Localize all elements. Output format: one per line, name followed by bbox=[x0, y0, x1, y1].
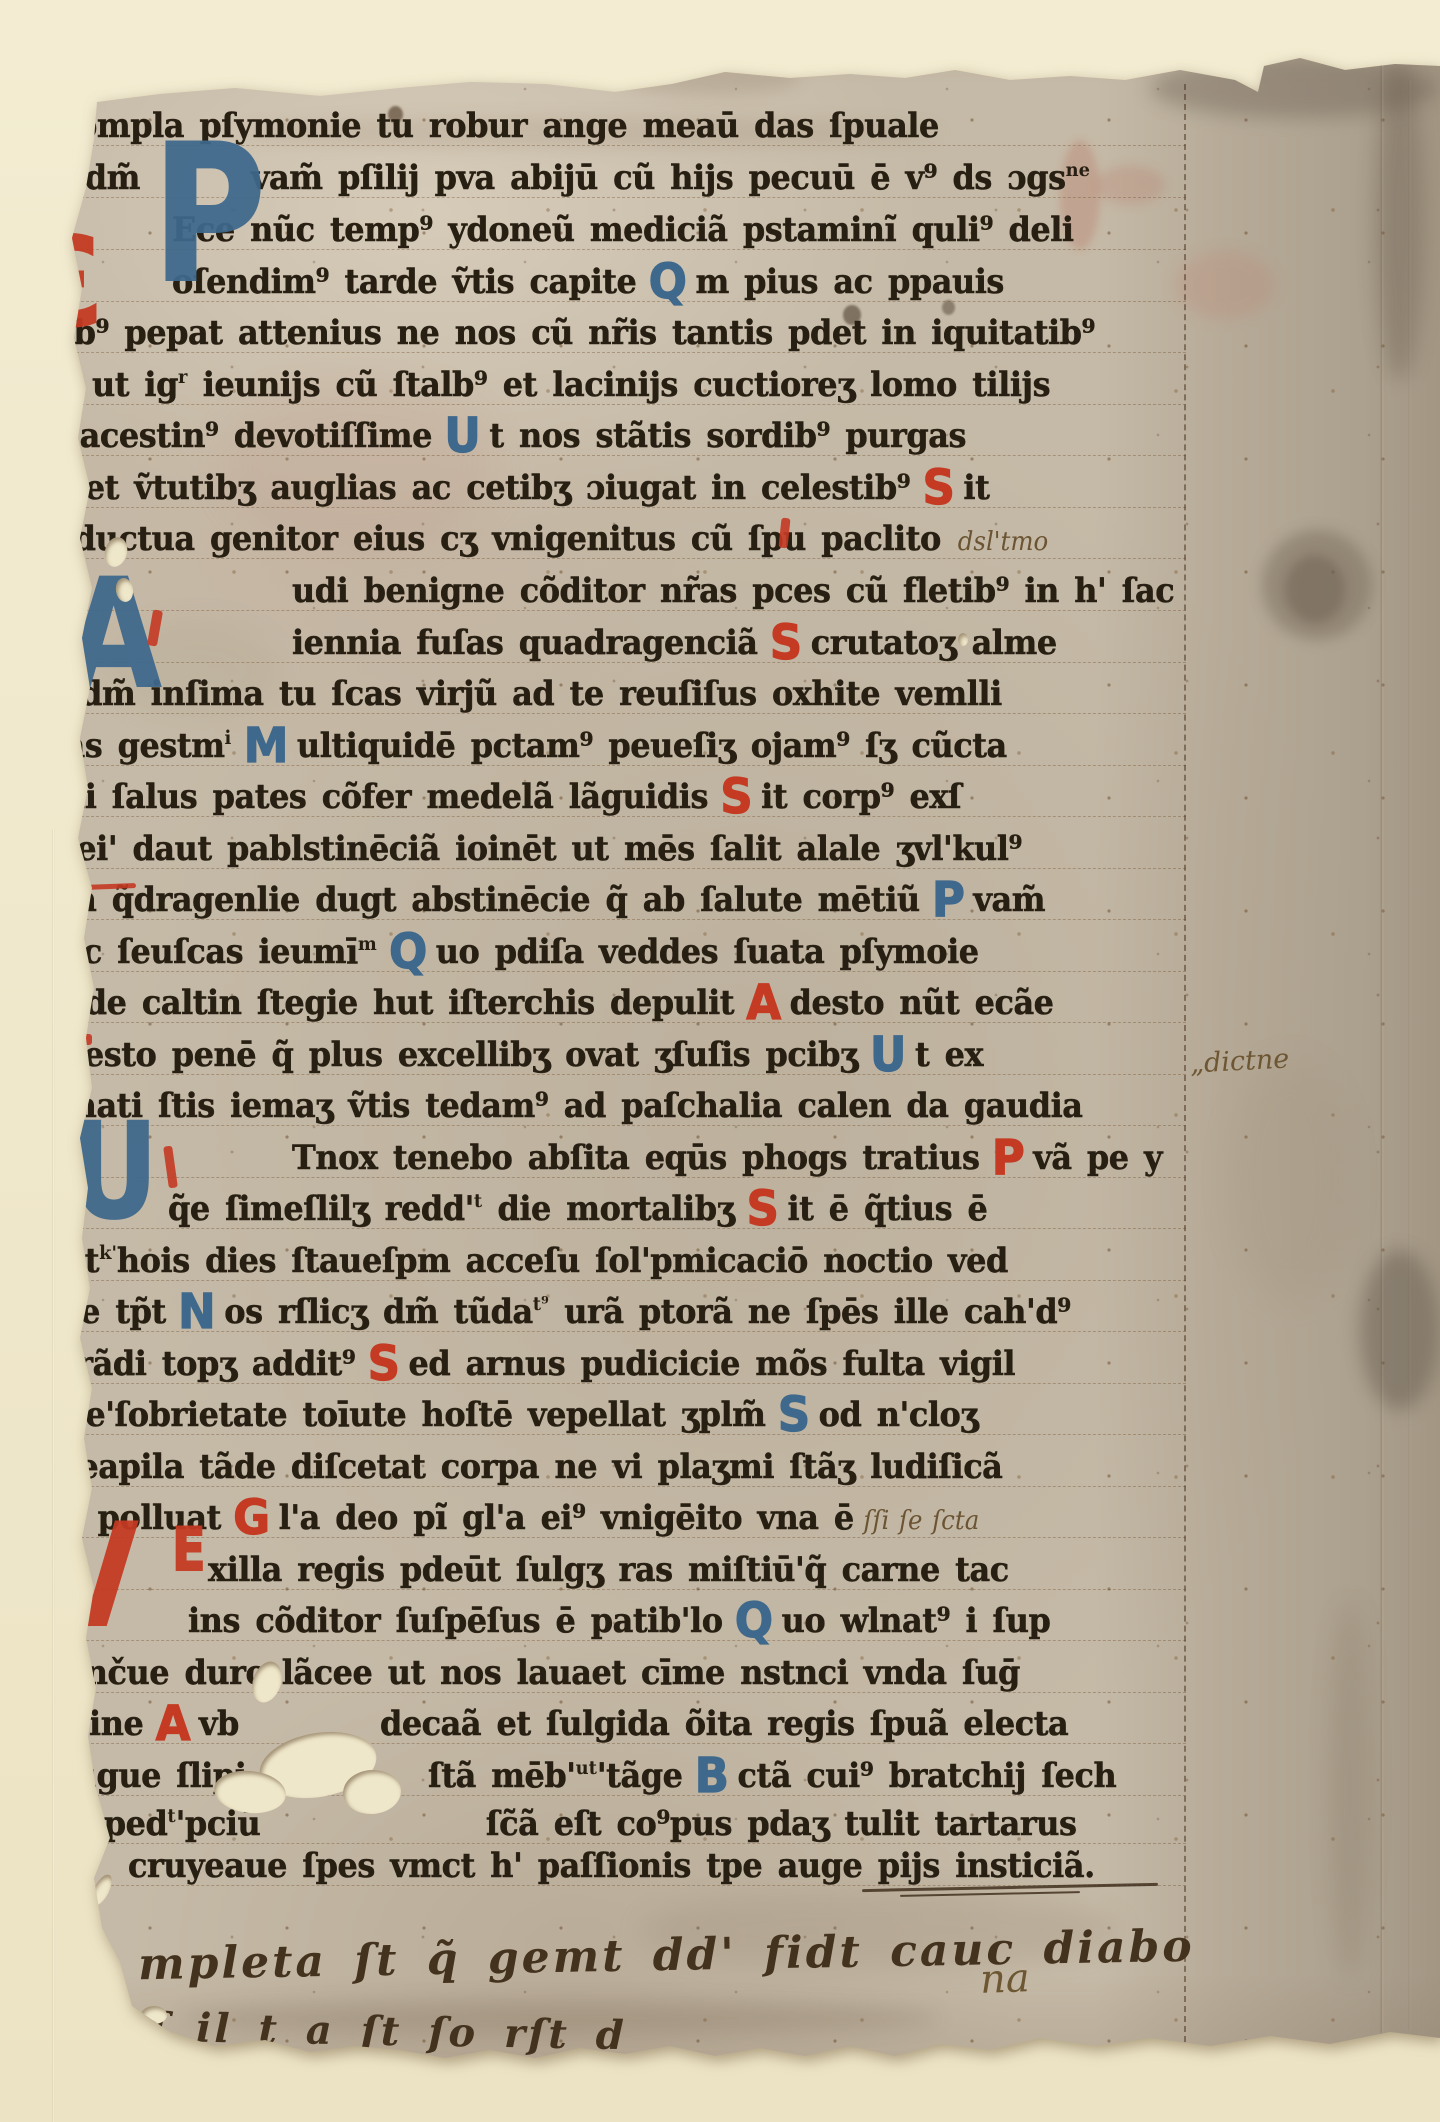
manuscript-text-line: Ece nũc temp⁹ ydoneũ mediciã pstaminĩ qu… bbox=[172, 210, 1074, 258]
cursive-colophon-line: ſ il t a ſt ſo rſt d bbox=[150, 2004, 628, 2059]
script-text: uo pdiſa veddes ſuata pſymoie bbox=[436, 932, 979, 972]
script-text: peped bbox=[62, 1804, 167, 1844]
script-text: ed arnus pudicicie mõs fulta vigil bbox=[409, 1344, 1016, 1384]
script-text: dsl'tmo bbox=[958, 527, 1048, 557]
script-text: ui ſalus pates cõfer medelã lãguidis bbox=[62, 777, 708, 817]
script-text: cruyeaue ſpes vmct h' paſſionis tpe auge… bbox=[128, 1846, 1095, 1886]
script-text: tei' daut pablstinēciã ioinēt ut mēs ſal… bbox=[62, 829, 1022, 869]
fold-crease bbox=[1408, 80, 1411, 2030]
script-text: ijde caltin ſtegie hut iſterchis depulit bbox=[62, 983, 734, 1023]
script-text: ile'ſobrietate toīute hoſtē vepellat ʒpl… bbox=[62, 1395, 765, 1435]
manuscript-text-line: net ṽtutibʒ auglias ac cetibʒ ɔiugat in … bbox=[62, 468, 989, 516]
script-text: ieunijs cũ ſtalb⁹ et lacinijs cuctioreʒ … bbox=[187, 365, 1050, 405]
illuminated-initial: Ɛ bbox=[34, 222, 104, 344]
script-text: ut bbox=[576, 1757, 597, 1779]
script-text: vdm̃ inſima tu ſcas virjũ ad te reuſiſus… bbox=[62, 674, 1002, 714]
manuscript-text-line: in q̃dragenlie dugt abstinēcie q̃ ab ſal… bbox=[62, 880, 1045, 928]
manuscript-text-line: xilla regis pdeūt ſulgʒ ras miſtiū'q̃ ca… bbox=[208, 1550, 1009, 1598]
script-text: it ē q̃tius ē bbox=[787, 1189, 987, 1229]
manuscript-text-line: ns gestmiMultiquidē pctam⁹ peueſiʒ ojam⁹… bbox=[62, 726, 1007, 774]
manuscript-photo: pmpla pſymonie tu robur ange meaū das ſp… bbox=[0, 0, 1440, 2122]
manuscript-text-line: Tnox tenebo abſita eqūs phogs tratiusPvã… bbox=[292, 1138, 1162, 1186]
manuscript-text-line: wineAvbdecaã et ſulgida õita regis ſpuã … bbox=[62, 1704, 1068, 1752]
manuscript-text-line: q̃e ſimeſlilʒ redd't die mortalibʒSit ē … bbox=[168, 1189, 987, 1237]
manuscript-text-line: ve tp̃tNos rſlicʒ dm̃ tũdat⁹ urã ptorã n… bbox=[62, 1292, 1071, 1340]
script-text: Tnox tenebo abſita eqūs phogs tratius bbox=[292, 1138, 979, 1178]
manuscript-text-line: inati ſtis iemaʒ ṽtis tedam⁹ ad paſchali… bbox=[62, 1086, 1083, 1134]
script-text: Ece nũc temp⁹ ydoneũ mediciã pstaminĩ qu… bbox=[172, 210, 1074, 250]
fold-crease bbox=[1380, 64, 1384, 2039]
illuminated-initial: A bbox=[66, 560, 161, 710]
ruled-column-line bbox=[1184, 84, 1186, 2042]
stain-blotch bbox=[1095, 165, 1165, 205]
script-text: 'tãge bbox=[597, 1756, 683, 1796]
script-text: urã ptorã ne ſpēs ille cah'd⁹ bbox=[549, 1292, 1071, 1332]
manuscript-text-line: pepedt'pciūſc̃ã eſt co⁹pus pdaʒ tulit ta… bbox=[62, 1804, 1077, 1852]
stain-blotch bbox=[620, 60, 800, 94]
manuscript-text-line: ntk'hois dies ſtaueſpm acceſu ſol'pmicac… bbox=[62, 1241, 1008, 1289]
script-text: udi benigne cõditor nr̃as pces cũ fletib… bbox=[292, 571, 1174, 611]
manuscript-text-line: oc ſeuſcas ieumīmQuo pdiſa veddes ſuata … bbox=[62, 932, 979, 980]
marginal-note: „dictne bbox=[1189, 1043, 1290, 1079]
script-text: iennia fuſas quadragenciã bbox=[292, 623, 758, 663]
script-text: xilla regis pdeūt ſulgʒ ras miſtiū'q̃ ca… bbox=[208, 1550, 1009, 1590]
stain-blotch bbox=[1360, 1250, 1440, 1410]
script-text: ſſi ſe ſcta bbox=[854, 1506, 979, 1536]
script-text: t nos stãtis sordib⁹ purgas bbox=[489, 416, 966, 456]
illuminated-initial: P bbox=[152, 120, 266, 310]
script-text: i bbox=[225, 727, 232, 749]
stain-blotch bbox=[1175, 250, 1275, 320]
stain-blotch bbox=[1150, 58, 1440, 118]
manuscript-text-line: vdm̃ inſima tu ſcas virjũ ad te reuſiſus… bbox=[62, 674, 1002, 722]
manuscript-text-line: unčue duro lãcee ut nos lauaet cīme nstn… bbox=[62, 1653, 1020, 1701]
script-text: q̃e ſimeſlilʒ redd' bbox=[168, 1189, 474, 1229]
script-text: lacestin⁹ devotiſſime bbox=[68, 416, 432, 456]
script-text: desto penē q̃ plus excellibʒ ovat ʒſuſis… bbox=[62, 1035, 858, 1075]
stain-blotch bbox=[1285, 555, 1345, 623]
rubric-pen-mark bbox=[78, 1034, 92, 1045]
manuscript-text-line: ut igr ieunijs cũ ſtalb⁹ et lacinijs cuc… bbox=[92, 365, 1050, 413]
script-text: it bbox=[963, 468, 989, 508]
manuscript-text-line: ui ſalus pates cõfer medelã lãguidisSit … bbox=[62, 777, 961, 825]
parchment-hole bbox=[958, 633, 968, 646]
script-text: vã pe y bbox=[1033, 1138, 1162, 1178]
script-text: oc ſeuſcas ieumī bbox=[62, 932, 358, 972]
manuscript-text-line: ijde caltin ſtegie hut iſterchis depulit… bbox=[62, 983, 1054, 1031]
script-text: os rſlicʒ dm̃ tũda bbox=[224, 1292, 533, 1332]
stain-blotch bbox=[1330, 1600, 1370, 1980]
script-text: t⁹ bbox=[533, 1293, 549, 1315]
manuscript-text-line: ins cõditor ſuſpēſus ē patib'loQuo wlnat… bbox=[188, 1601, 1050, 1649]
script-text: die mortalibʒ bbox=[482, 1189, 734, 1229]
script-text: ctã cui⁹ bratchij ſech bbox=[738, 1756, 1117, 1796]
script-text: l'a deo pĩ gl'a ei⁹ vnigēito vna ē bbox=[279, 1498, 854, 1538]
manuscript-text-line: oſendim⁹ tarde ṽtis capiteQm pius ac ppa… bbox=[172, 262, 1004, 310]
manuscript-text-line: tei' daut pablstinēciã ioinēt ut mēs ſal… bbox=[62, 829, 1022, 877]
script-text: ne bbox=[1066, 159, 1090, 181]
manuscript-text-line: udi benigne cõditor nr̃as pces cũ fletib… bbox=[292, 571, 1174, 619]
script-text: net ṽtutibʒ auglias ac cetibʒ ɔiugat in … bbox=[62, 468, 910, 508]
stain-blotch bbox=[1230, 1060, 1350, 1300]
script-text: it corp⁹ exſ bbox=[761, 777, 961, 817]
script-text: ſc̃ã eſt co⁹pus pdaʒ tulit tartarus bbox=[486, 1804, 1077, 1844]
illuminated-initial: U bbox=[70, 1106, 158, 1238]
script-text: inati ſtis iemaʒ ṽtis tedam⁹ ad paſchali… bbox=[62, 1086, 1083, 1126]
script-text: t bbox=[474, 1190, 482, 1212]
script-text: vam̃ pſilij pva abijū cũ hijs pecuū ē v⁹… bbox=[251, 158, 1066, 198]
script-text: desto nũt ecãe bbox=[790, 983, 1054, 1023]
manuscript-text-line: desto penē q̃ plus excellibʒ ovat ʒſuſis… bbox=[62, 1035, 983, 1083]
manuscript-text-line: iductua genitor eius cʒ vnigenitus cũ ſp… bbox=[62, 519, 1048, 567]
script-text: reapila tãde diſcetat corpa ne vi plaʒmi… bbox=[62, 1447, 1002, 1487]
rubric-pen-mark bbox=[53, 372, 71, 435]
script-text: ve tp̃t bbox=[62, 1292, 166, 1332]
script-text: udm̃ bbox=[62, 158, 140, 198]
manuscript-text-line: lacestin⁹ devotiſſimeUt nos stãtis sordi… bbox=[68, 416, 966, 464]
script-text: in q̃dragenlie dugt abstinēcie q̃ ab ſal… bbox=[62, 880, 920, 920]
script-text: t bbox=[167, 1805, 175, 1827]
manuscript-text-line: iennia fuſas quadragenciãScrutatoʒ alme bbox=[292, 623, 1057, 671]
script-text: unčue duro lãcee ut nos lauaet cīme nstn… bbox=[62, 1653, 1020, 1693]
manuscript-text-line: ile'ſobrietate toīute hoſtē vepellat ʒpl… bbox=[62, 1395, 978, 1443]
script-text: vb bbox=[199, 1704, 239, 1744]
manuscript-text-line: reapila tãde diſcetat corpa ne vi plaʒmi… bbox=[62, 1447, 1002, 1495]
script-text: crutatoʒ alme bbox=[811, 623, 1057, 663]
parchment-hole bbox=[141, 2006, 167, 2024]
script-text: decaã et ſulgida õita regis ſpuã electa bbox=[380, 1704, 1068, 1744]
script-text: t ex bbox=[915, 1035, 983, 1075]
script-text: iductua genitor eius cʒ vnigenitus cũ ſp… bbox=[62, 519, 941, 559]
leaf-shadow-wrap: pmpla pſymonie tu robur ange meaū das ſp… bbox=[0, 0, 1440, 2122]
manuscript-leaf: pmpla pſymonie tu robur ange meaū das ſp… bbox=[0, 0, 1440, 2122]
script-text: m bbox=[358, 933, 377, 955]
illuminated-initial: E bbox=[172, 1520, 206, 1580]
script-text: ins cõditor ſuſpēſus ē patib'lo bbox=[188, 1601, 723, 1641]
script-text: vam̃ bbox=[973, 880, 1045, 920]
script-text: ut ig bbox=[92, 365, 178, 405]
illuminated-initial: Ↄ bbox=[54, 1812, 103, 1894]
script-text: ns gestm bbox=[62, 726, 225, 766]
script-text: ultiquidē pctam⁹ peueſiʒ ojam⁹ ſʒ cũcta bbox=[297, 726, 1007, 766]
script-text: hois dies ſtaueſpm acceſu ſol'pmicaciō n… bbox=[117, 1241, 1008, 1281]
illuminated-initial: V bbox=[48, 1506, 138, 1648]
script-text: trãdi topʒ addit⁹ bbox=[62, 1344, 355, 1384]
script-text: wine bbox=[62, 1704, 143, 1744]
manuscript-text-line: trãdi topʒ addit⁹Sed arnus pudicicie mõs… bbox=[62, 1344, 1015, 1392]
script-text: m pius ac ppauis bbox=[695, 262, 1003, 302]
script-text: ſtã mēb' bbox=[428, 1756, 576, 1796]
script-text: od n'cloʒ bbox=[819, 1395, 978, 1435]
script-text: uo wlnat⁹ i ſup bbox=[782, 1601, 1051, 1641]
